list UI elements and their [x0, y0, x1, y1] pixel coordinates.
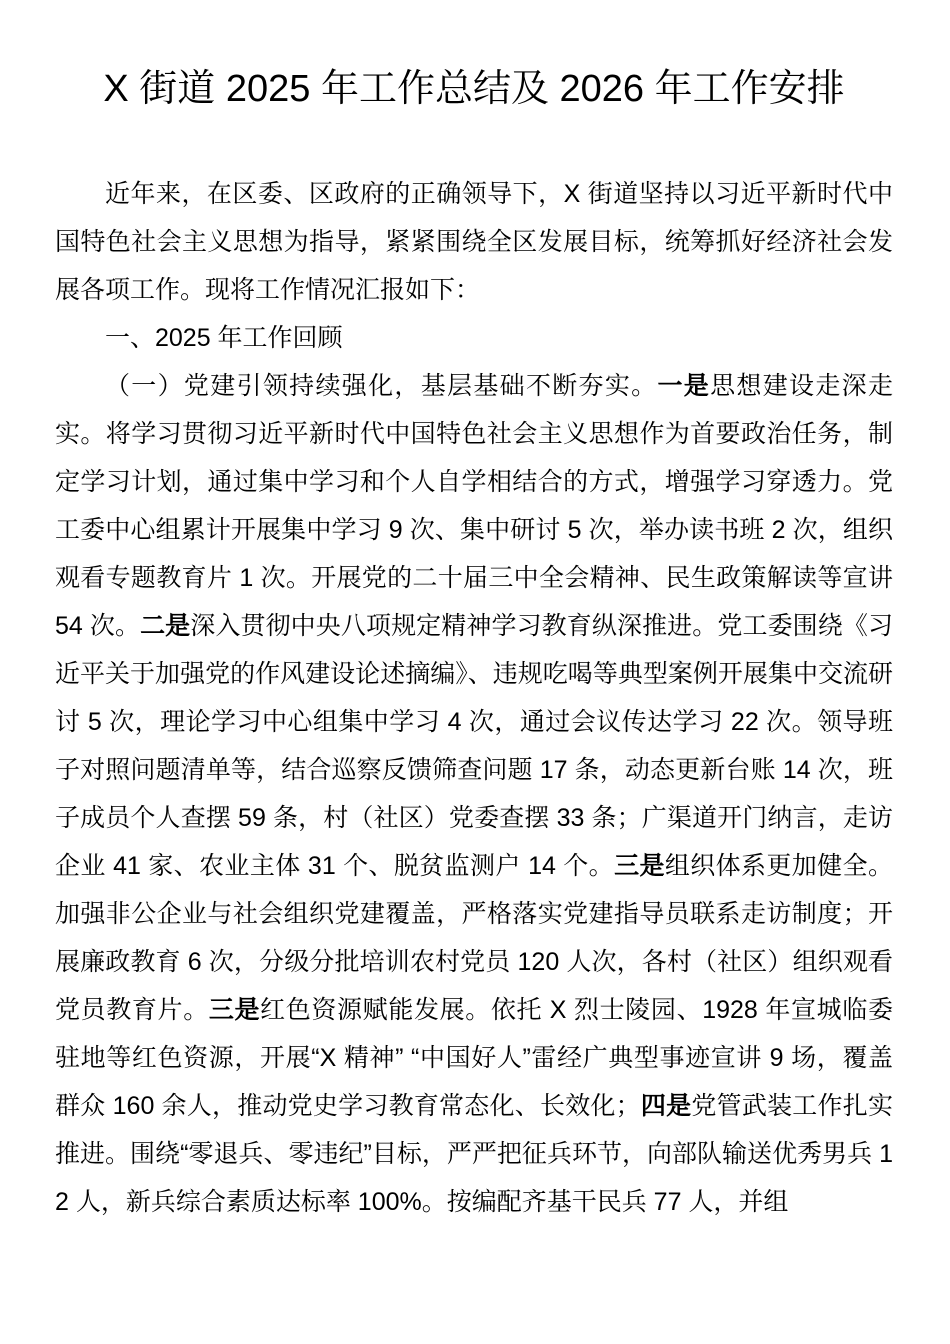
text-run: （一）党建引领持续强化，基层基础不断夯实。: [105, 372, 658, 400]
text-run: 深入贯彻中央八项规定精神学习教育纵深推进。党工委围绕《习近平关于加强党的作风建设…: [55, 612, 893, 880]
document-page: X 街道 2025 年工作总结及 2026 年工作安排 近年来，在区委、区政府的…: [0, 0, 950, 1344]
emphasis-run: 四是: [641, 1092, 692, 1120]
text-run: 一、2025 年工作回顾: [105, 324, 343, 352]
text-run: 近年来，在区委、区政府的正确领导下，X 街道坚持以习近平新时代中国特色社会主义思…: [55, 180, 893, 304]
paragraph: （一）党建引领持续强化，基层基础不断夯实。一是思想建设走深走实。将学习贯彻习近平…: [55, 362, 893, 1226]
emphasis-run: 三是: [614, 852, 665, 880]
text-run: 思想建设走深走实。将学习贯彻习近平新时代中国特色社会主义思想作为首要政治任务，制…: [55, 372, 893, 640]
emphasis-run: 三是: [209, 996, 260, 1024]
emphasis-run: 一是: [658, 372, 711, 400]
document-body: 近年来，在区委、区政府的正确领导下，X 街道坚持以习近平新时代中国特色社会主义思…: [55, 170, 893, 1226]
document-title: X 街道 2025 年工作总结及 2026 年工作安排: [55, 66, 893, 112]
emphasis-run: 二是: [140, 612, 190, 640]
section-heading: 一、2025 年工作回顾: [55, 314, 893, 362]
paragraph: 近年来，在区委、区政府的正确领导下，X 街道坚持以习近平新时代中国特色社会主义思…: [55, 170, 893, 314]
